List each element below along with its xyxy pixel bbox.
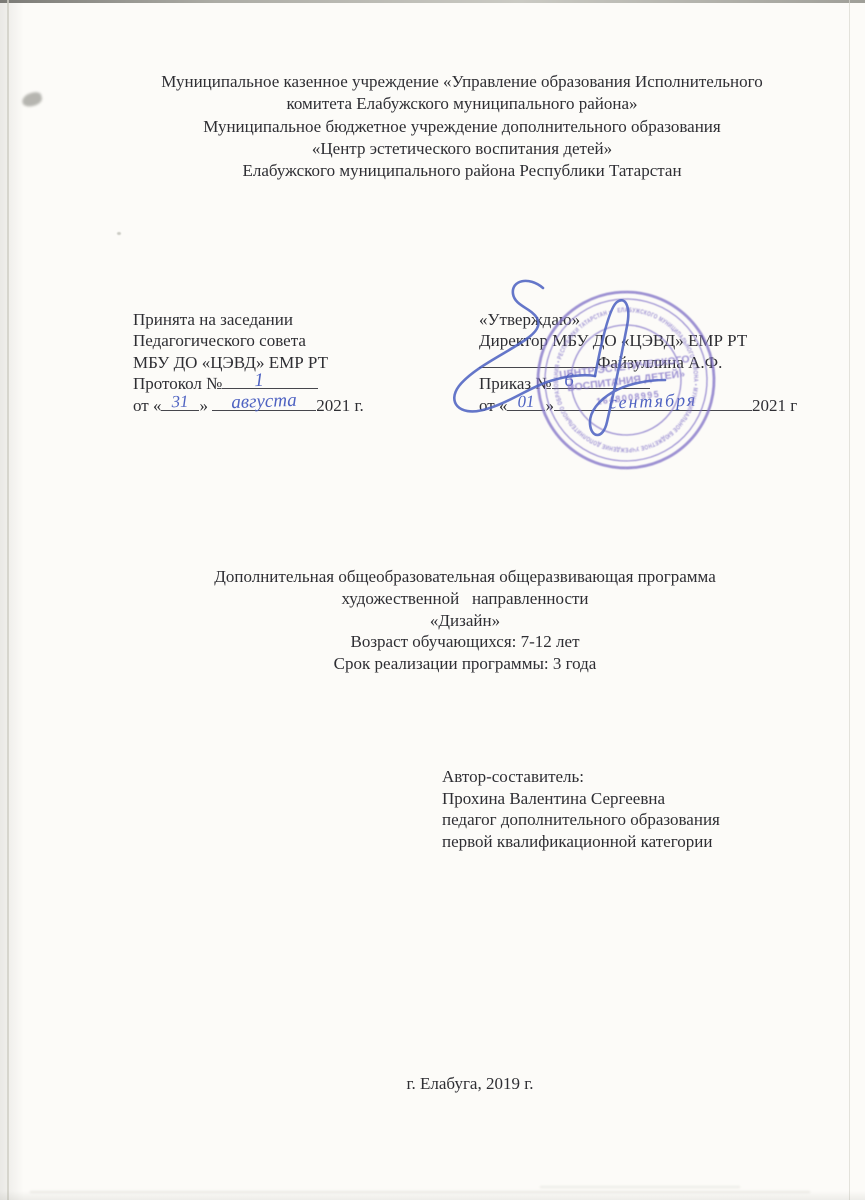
scan-left-shade [0, 0, 24, 1200]
scan-bottom-streak [540, 1186, 740, 1188]
program-title-block: Дополнительная общеобразовательная общер… [95, 566, 835, 675]
header-line: Муниципальное бюджетное учреждение допол… [92, 116, 832, 138]
acceptance-date-line: от «31» августа2021 г. [133, 395, 364, 416]
program-duration: Срок реализации программы: 3 года [95, 653, 835, 675]
author-position: педагог дополнительного образования [442, 809, 720, 831]
acceptance-block: Принята на заседании Педагогического сов… [133, 309, 364, 416]
program-title-line: Дополнительная общеобразовательная общер… [95, 566, 835, 588]
signature-stroke [590, 300, 665, 435]
scan-right-line [849, 0, 850, 1200]
protocol-number-handwritten: 1 [254, 370, 264, 392]
organization-header: Муниципальное казенное учреждение «Управ… [92, 71, 832, 182]
date-month-handwritten: августа [231, 390, 297, 414]
program-name: «Дизайн» [95, 610, 835, 632]
date-prefix: от « [133, 396, 161, 415]
acceptance-line: Принята на заседании [133, 309, 364, 330]
scan-bottom-shade [0, 1191, 865, 1200]
program-title-line: художественной направленности [95, 588, 835, 610]
author-category: первой квалификационной категории [442, 831, 720, 853]
author-label: Автор-составитель: [442, 766, 720, 788]
header-line: «Центр эстетического воспитания детей» [92, 138, 832, 160]
date-day-blank: 31 [161, 395, 199, 411]
date-close: » [199, 396, 208, 415]
protocol-number-blank: 1 [222, 373, 318, 389]
director-signature [425, 272, 695, 457]
author-name: Прохина Валентина Сергеевна [442, 788, 720, 810]
signature-stroke [454, 281, 595, 412]
header-line: Елабужского муниципального района Респуб… [92, 160, 832, 182]
header-line: Муниципальное казенное учреждение «Управ… [92, 71, 832, 93]
scan-smudge [21, 91, 44, 109]
acceptance-line: Педагогического совета [133, 330, 364, 351]
date-day-handwritten: 31 [172, 391, 190, 413]
author-block: Автор-составитель: Прохина Валентина Сер… [442, 766, 720, 853]
date-year: 2021 г [752, 396, 797, 415]
scanned-document-page: Муниципальное казенное учреждение «Управ… [0, 0, 865, 1200]
scan-speck [117, 232, 121, 235]
program-age: Возраст обучающихся: 7-12 лет [95, 631, 835, 653]
header-line: комитета Елабужского муниципального райо… [92, 93, 832, 115]
acceptance-line: МБУ ДО «ЦЭВД» ЕМР РТ [133, 352, 364, 373]
scan-left-line [7, 0, 9, 1200]
date-month-blank: августа [212, 395, 316, 411]
date-year: 2021 г. [316, 396, 364, 415]
scan-edge-top [0, 0, 865, 3]
city-year-footer: г. Елабуга, 2019 г. [100, 1074, 840, 1094]
